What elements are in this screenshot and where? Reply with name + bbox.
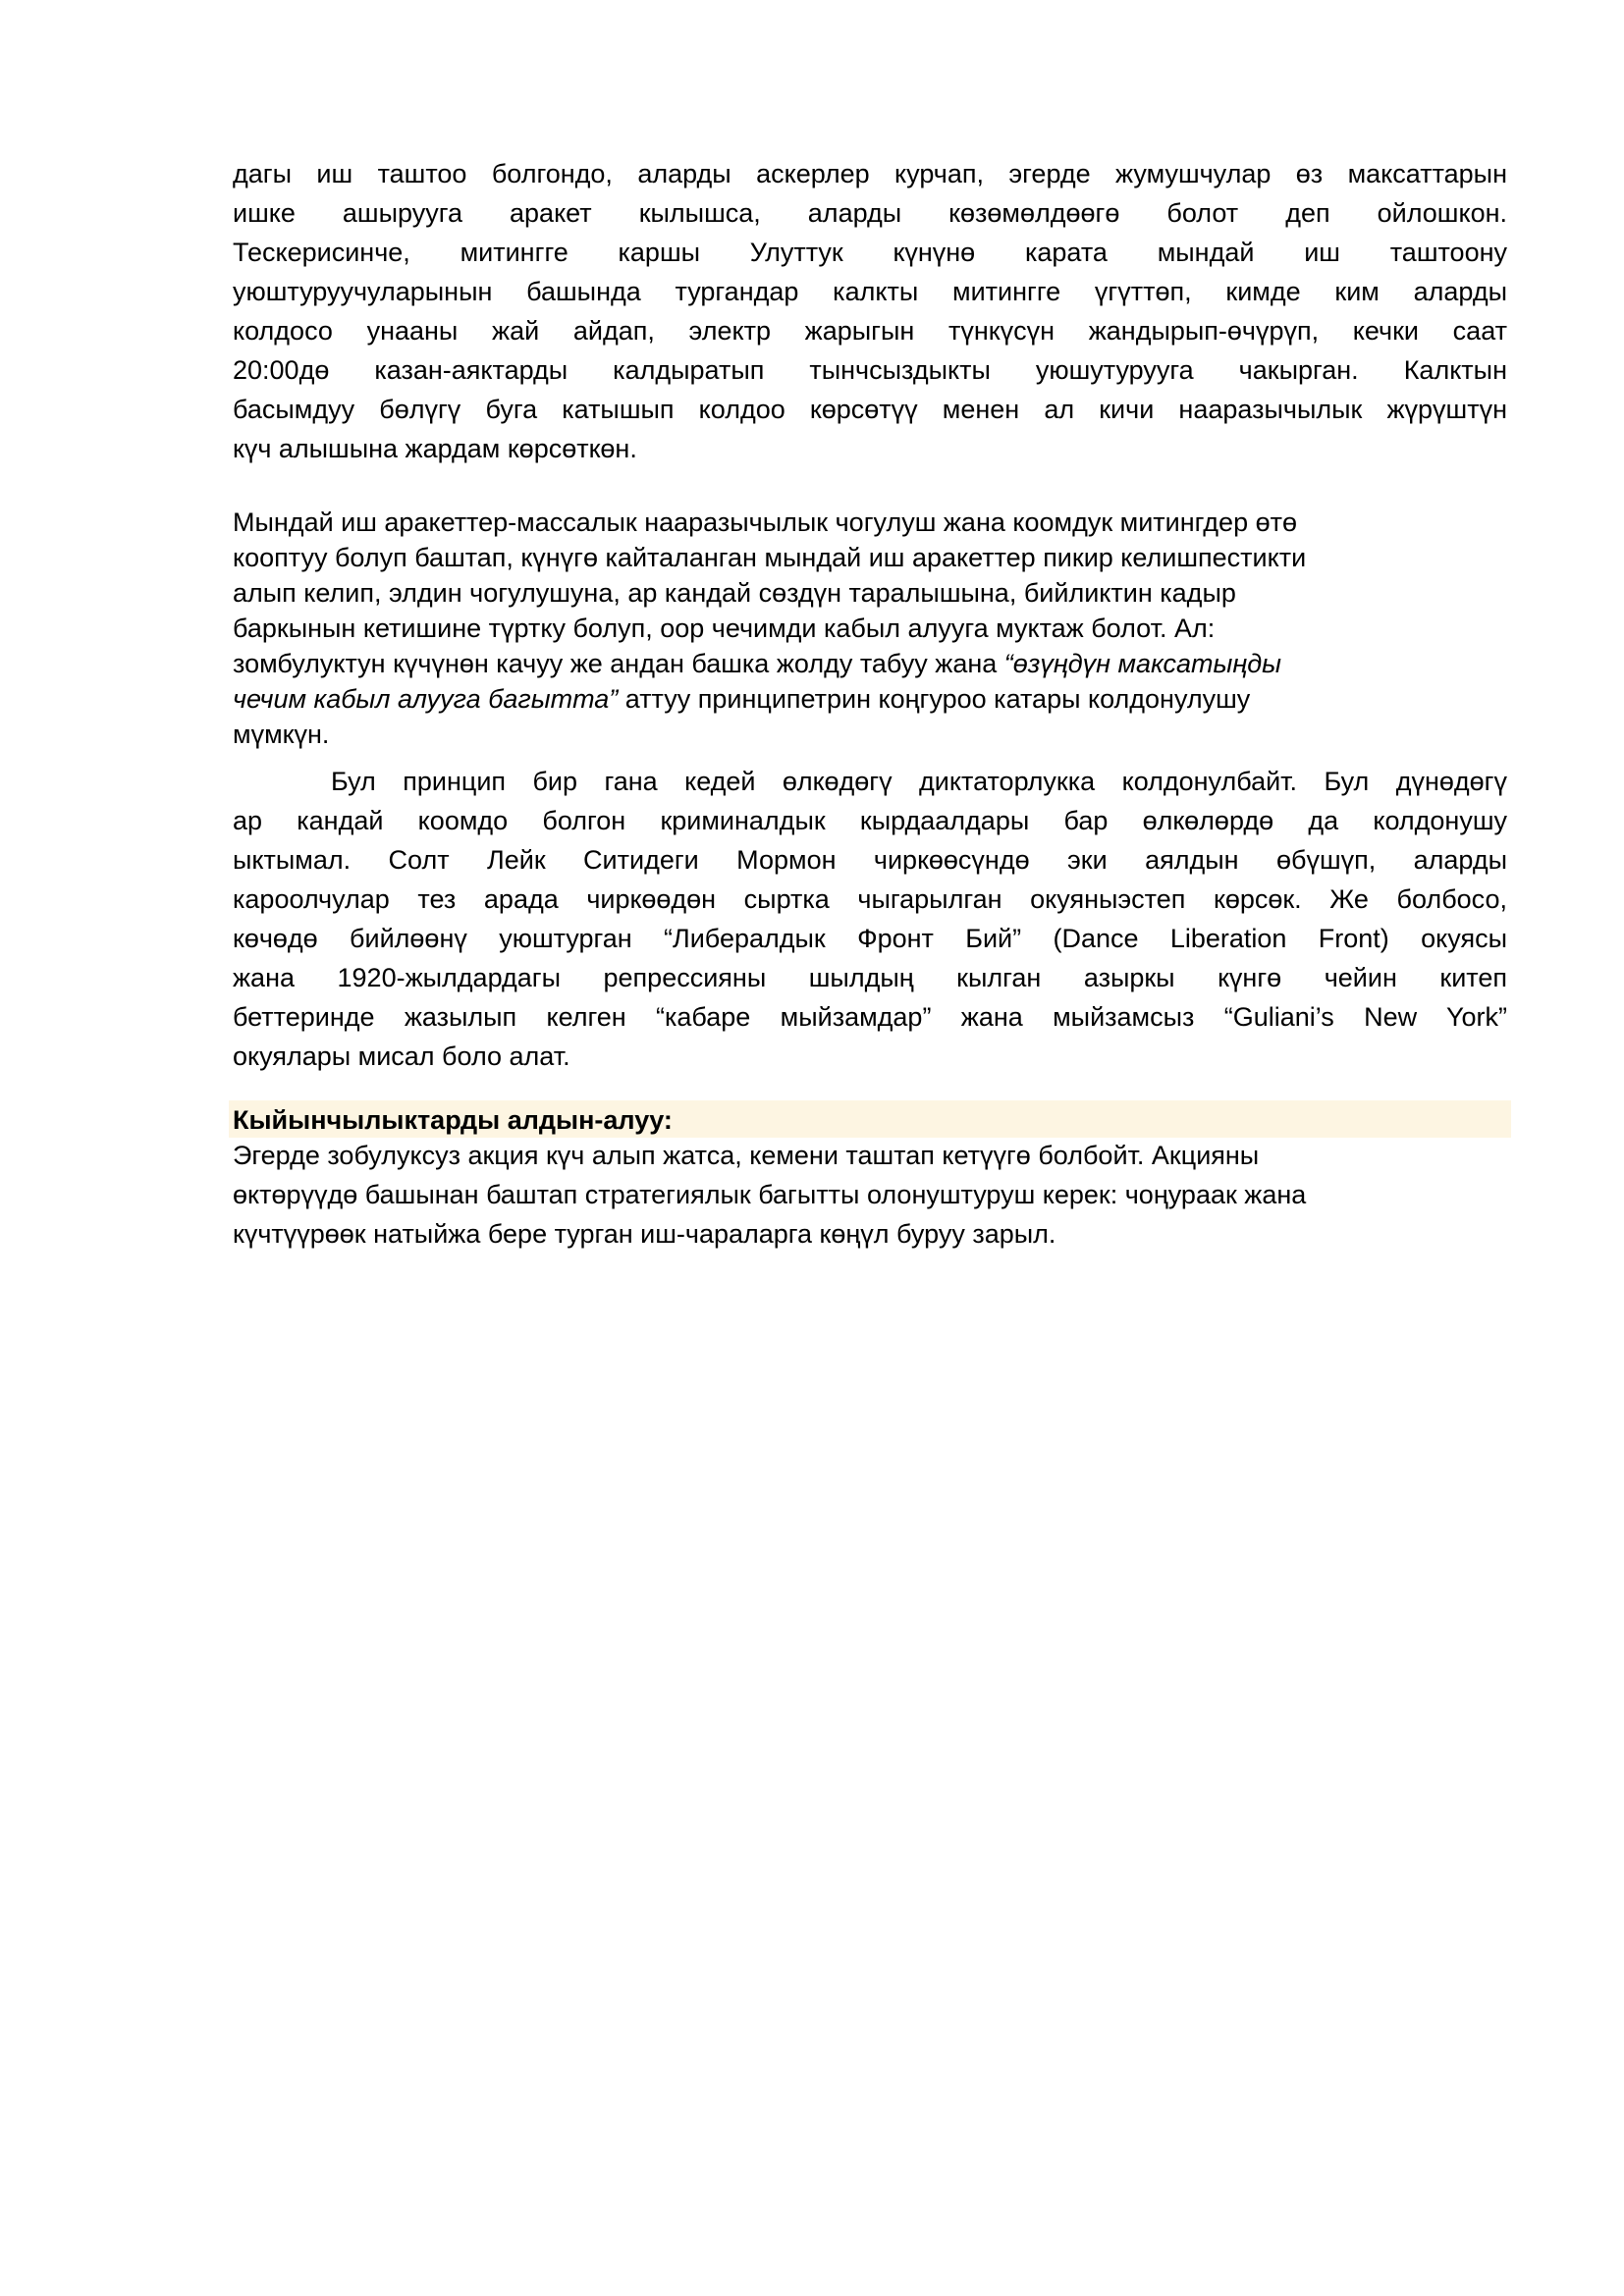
text-line: дагы иш таштоо болгондо, аларды аскерлер…	[233, 154, 1507, 193]
text-line: Бул принцип бир гана кедей өлкөдөгү дикт…	[233, 762, 1507, 801]
text-line: көчөдө бийлөөнү уюштурган “Либералдык Фр…	[233, 919, 1507, 958]
paragraph-3: Бул принцип бир гана кедей өлкөдөгү дикт…	[233, 762, 1507, 1076]
text-line-mixed: зомбулуктун күчүнөн качуу же андан башка…	[233, 646, 1507, 681]
text-line: кароолчулар тез арада чиркөөдөн сыртка ч…	[233, 880, 1507, 919]
text-line-mixed: чечим кабыл алууга багытта” аттуу принци…	[233, 681, 1507, 717]
paragraph-2: Мындай иш аракеттер-массалык нааразычылы…	[233, 505, 1507, 752]
section-heading: Кыйынчылыктарды алдын-алуу:	[229, 1100, 1511, 1138]
italic-quote: “өзүңдүн максатыңды	[1004, 649, 1281, 678]
text-line: Эгерде зобулуксуз акция күч алып жатса, …	[233, 1136, 1507, 1175]
text-line: өктөрүүдө башынан баштап стратегиялык ба…	[233, 1175, 1507, 1214]
text-line: ар кандай коомдо болгон криминалдык кырд…	[233, 801, 1507, 840]
paragraph-1: дагы иш таштоо болгондо, аларды аскерлер…	[233, 154, 1507, 468]
text-line: баркынын кетишине түртку болуп, оор чечи…	[233, 611, 1507, 646]
italic-quote: чечим кабыл алууга багытта”	[233, 684, 618, 714]
text-line: мүмкүн.	[233, 717, 1507, 752]
paragraph-4: Эгерде зобулуксуз акция күч алып жатса, …	[233, 1136, 1507, 1254]
text-line: ыктымал. Солт Лейк Ситидеги Мормон чиркө…	[233, 840, 1507, 880]
document-page: дагы иш таштоо болгондо, аларды аскерлер…	[233, 154, 1507, 1254]
text-run: зомбулуктун күчүнөн качуу же андан башка…	[233, 649, 1004, 678]
text-line: алып келип, элдин чогулушуна, ар кандай …	[233, 575, 1507, 611]
text-line: күчтүүрөөк натыйжа бере турган иш-чарала…	[233, 1214, 1507, 1254]
text-line: ишке ашырууга аракет кылышса, аларды көз…	[233, 193, 1507, 233]
text-line: колдосо унааны жай айдап, электр жарыгын…	[233, 311, 1507, 350]
text-line: кооптуу болуп баштап, күнүгө кайталанган…	[233, 540, 1507, 575]
text-line: жана 1920-жылдардагы репрессияны шылдың …	[233, 958, 1507, 997]
text-line: Мындай иш аракеттер-массалык нааразычылы…	[233, 505, 1507, 540]
text-run: аттуу принципетрин коңгуроо катары колдо…	[618, 684, 1250, 714]
text-line: Тескерисинче, митингге каршы Улуттук күн…	[233, 233, 1507, 272]
text-line: күч алышына жардам көрсөткөн.	[233, 429, 1507, 468]
text-line: беттеринде жазылып келген “кабаре мыйзам…	[233, 997, 1507, 1037]
text-line: окуялары мисал боло алат.	[233, 1037, 1507, 1076]
text-line: басымдуу бөлүгү буга катышып колдоо көрс…	[233, 390, 1507, 429]
text-line: уюштуруучуларынын башында тургандар калк…	[233, 272, 1507, 311]
text-line: 20:00дө казан-аяктарды калдыратып тынчсы…	[233, 350, 1507, 390]
